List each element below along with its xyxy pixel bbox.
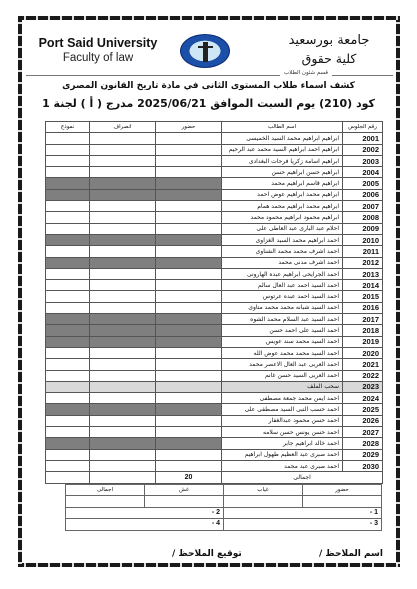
- seat-number: 2017: [343, 314, 383, 325]
- attendance-cell: [156, 393, 222, 404]
- table-row: 2006ابراهيم محمد ابراهيم عوض احمد: [46, 189, 383, 200]
- seat-number: 2014: [343, 280, 383, 291]
- departure-cell: [90, 347, 156, 358]
- departure-cell: [90, 189, 156, 200]
- form-cell: [46, 257, 90, 268]
- attendance-cell: [156, 325, 222, 336]
- form-cell: [46, 178, 90, 189]
- table-row: 2028احمد خالد ابراهيم جابر: [46, 438, 383, 449]
- seat-number: 2003: [343, 155, 383, 166]
- seat-number: 2015: [343, 291, 383, 302]
- departure-cell: [90, 155, 156, 166]
- form-cell: [46, 359, 90, 370]
- attendance-cell: [156, 460, 222, 471]
- summary-item-1: 1 -: [224, 507, 382, 519]
- attendance-cell: [156, 438, 222, 449]
- table-row: 2007ابراهيم محمد ابراهيم محمد همام: [46, 201, 383, 212]
- table-row: 2008ابراهيم محمود ابراهيم محمود محمد: [46, 212, 383, 223]
- form-cell: [46, 155, 90, 166]
- student-name: احمد ابراهيم محمد السيد الغزاوى: [222, 234, 343, 245]
- observer-signature-label: توقيع الملاحظ /: [172, 549, 242, 559]
- attendance-cell: [156, 404, 222, 415]
- attendance-cell: [156, 381, 222, 392]
- faculty-name-en: Faculty of law: [33, 52, 163, 64]
- form-cell: [46, 415, 90, 426]
- form-cell: [46, 212, 90, 223]
- table-row: 2015احمد السيد احمد عبده عرتوس: [46, 291, 383, 302]
- document-subtitle: كود (210) يوم السبت الموافق 2025/06/21 م…: [0, 97, 417, 110]
- attendance-cell: [156, 167, 222, 178]
- student-name: احمد صبرى عبد محمد: [222, 460, 343, 471]
- attendance-cell: [156, 268, 222, 279]
- attendance-cell: [156, 370, 222, 381]
- summary-header-row: حضور غياب غش اجمالى: [66, 485, 382, 496]
- attendance-cell: [156, 291, 222, 302]
- student-name: احمد ايمن محمد جمعة مصطفى: [222, 393, 343, 404]
- departure-cell: [90, 381, 156, 392]
- form-cell: [46, 268, 90, 279]
- student-name: احمد خالد ابراهيم جابر: [222, 438, 343, 449]
- summary-row: 1 - 2 -: [66, 507, 382, 519]
- attendance-cell: [156, 359, 222, 370]
- seat-number: 2025: [343, 404, 383, 415]
- total-departure-cell: [90, 472, 156, 483]
- attendance-cell: [156, 178, 222, 189]
- form-cell: [46, 223, 90, 234]
- table-header-row: رقم الجلوس اسم الطالب حضور انصراف نموذج: [46, 122, 383, 133]
- student-name: ابراهيم محمد ابراهيم عوض احمد: [222, 189, 343, 200]
- attendance-cell: [156, 144, 222, 155]
- seat-number: 2030: [343, 460, 383, 471]
- student-name: ابراهيم ابراهيم محمد السيد الخميسى: [222, 133, 343, 144]
- departure-cell: [90, 449, 156, 460]
- form-cell: [46, 144, 90, 155]
- departure-cell: [90, 223, 156, 234]
- departure-cell: [90, 336, 156, 347]
- table-row: 2012احمد اشرف مدنى محمد: [46, 257, 383, 268]
- form-cell: [46, 201, 90, 212]
- departure-cell: [90, 460, 156, 471]
- student-name: ابراهيم محمود ابراهيم محمود محمد: [222, 212, 343, 223]
- header-english: Port Said University Faculty of law: [33, 36, 163, 64]
- seat-number: 2011: [343, 246, 383, 257]
- departure-cell: [90, 427, 156, 438]
- table-row: 2001ابراهيم ابراهيم محمد السيد الخميسى: [46, 133, 383, 144]
- student-name: ابراهيم محمد ابراهيم محمد همام: [222, 201, 343, 212]
- attendance-cell: [156, 223, 222, 234]
- attendance-cell: [156, 280, 222, 291]
- department-label: قسم شئون الطلاب: [280, 70, 332, 76]
- form-cell: [46, 302, 90, 313]
- column-header-departure: انصراف: [90, 122, 156, 133]
- departure-cell: [90, 246, 156, 257]
- seat-number: 2009: [343, 223, 383, 234]
- table-row: 2003ابراهيم اسامة زكريا فرحات البغدادى: [46, 155, 383, 166]
- form-cell: [46, 314, 90, 325]
- table-row: 2021احمد العربى عبد العال الاعصر محمد: [46, 359, 383, 370]
- university-name-en: Port Said University: [33, 36, 163, 50]
- summary-row: 3 - 4 -: [66, 519, 382, 531]
- students-table: رقم الجلوس اسم الطالب حضور انصراف نموذج …: [45, 121, 383, 484]
- student-name: احمد السيد احمد عبده عرتوس: [222, 291, 343, 302]
- document-title: كشف اسماء طلاب المستوى الثانى في مادة تا…: [0, 81, 417, 91]
- column-header-attendance: حضور: [156, 122, 222, 133]
- attendance-cell: [156, 336, 222, 347]
- column-header-seat: رقم الجلوس: [343, 122, 383, 133]
- departure-cell: [90, 302, 156, 313]
- form-cell: [46, 381, 90, 392]
- table-row: 2025احمد حسب النبى السيد مصطفى على: [46, 404, 383, 415]
- attendance-cell: [156, 201, 222, 212]
- attendance-cell: [156, 314, 222, 325]
- total-row: اجمالى 20: [46, 472, 383, 483]
- student-name: احمد السيد على احمد حسن: [222, 325, 343, 336]
- departure-cell: [90, 393, 156, 404]
- student-name: ابراهيم احمد ابراهيم السيد محمد عبد الرح…: [222, 144, 343, 155]
- form-cell: [46, 404, 90, 415]
- form-cell: [46, 167, 90, 178]
- summary-header-cheating: غش: [145, 485, 224, 496]
- departure-cell: [90, 291, 156, 302]
- departure-cell: [90, 280, 156, 291]
- seat-number: 2002: [343, 144, 383, 155]
- total-label: اجمالى: [222, 472, 383, 483]
- seat-number: 2021: [343, 359, 383, 370]
- table-row: 2026احمد حسن محمود عبدالغفار: [46, 415, 383, 426]
- student-name: احمد السيد شبانه محمد محمد متاوى: [222, 302, 343, 313]
- form-cell: [46, 393, 90, 404]
- departure-cell: [90, 438, 156, 449]
- seat-number: 2008: [343, 212, 383, 223]
- table-row: 2019احمد السيد محمد سند عويس: [46, 336, 383, 347]
- departure-cell: [90, 268, 156, 279]
- seat-number: 2024: [343, 393, 383, 404]
- summary-total-value: [66, 496, 145, 508]
- attendance-cell: [156, 427, 222, 438]
- student-name: سحب الملف: [222, 381, 343, 392]
- seat-number: 2019: [343, 336, 383, 347]
- departure-cell: [90, 359, 156, 370]
- student-name: ابراهيم حسن ابراهيم حسن: [222, 167, 343, 178]
- student-name: ابراهيم قاسم ابراهيم محمد: [222, 178, 343, 189]
- summary-header-absent: غياب: [224, 485, 303, 496]
- student-name: احمد العربى عبد العال الاعصر محمد: [222, 359, 343, 370]
- form-cell: [46, 189, 90, 200]
- seat-number: 2012: [343, 257, 383, 268]
- departure-cell: [90, 178, 156, 189]
- attendance-cell: [156, 347, 222, 358]
- form-cell: [46, 347, 90, 358]
- student-name: احمد حسب النبى السيد مصطفى على: [222, 404, 343, 415]
- departure-cell: [90, 212, 156, 223]
- student-name: ابراهيم اسامة زكريا فرحات البغدادى: [222, 155, 343, 166]
- summary-item-2: 2 -: [66, 507, 224, 519]
- university-name-ar: جامعة بورسعيد: [274, 33, 384, 48]
- seat-number: 2005: [343, 178, 383, 189]
- form-cell: [46, 460, 90, 471]
- departure-cell: [90, 257, 156, 268]
- table-row: 2013احمد الجرايحى ابراهيم عبده الهارونى: [46, 268, 383, 279]
- form-cell: [46, 280, 90, 291]
- total-form-cell: [46, 472, 90, 483]
- table-row: 2011احمد اشرف محمد محمد الشناوى: [46, 246, 383, 257]
- form-cell: [46, 291, 90, 302]
- table-row: 2014احمد السيد احمد عبد العال سالم: [46, 280, 383, 291]
- departure-cell: [90, 144, 156, 155]
- table-row: 2024احمد ايمن محمد جمعة مصطفى: [46, 393, 383, 404]
- university-logo-icon: [180, 34, 230, 68]
- summary-header-present: حضور: [303, 485, 382, 496]
- attendance-cell: [156, 234, 222, 245]
- seat-number: 2018: [343, 325, 383, 336]
- seat-number: 2007: [343, 201, 383, 212]
- lighthouse-icon: [203, 42, 208, 62]
- attendance-cell: [156, 189, 222, 200]
- seat-number: 2023: [343, 381, 383, 392]
- table-row: 2017احمد السيد عبد السلام محمد الشوه: [46, 314, 383, 325]
- seat-number: 2013: [343, 268, 383, 279]
- table-row: 2020احمد السيد محمد محمد عوض الله: [46, 347, 383, 358]
- table-row: 2005ابراهيم قاسم ابراهيم محمد: [46, 178, 383, 189]
- seat-number: 2028: [343, 438, 383, 449]
- seat-number: 2006: [343, 189, 383, 200]
- student-name: احمد الجرايحى ابراهيم عبده الهارونى: [222, 268, 343, 279]
- student-name: احمد اشرف محمد محمد الشناوى: [222, 246, 343, 257]
- attendance-cell: [156, 415, 222, 426]
- departure-cell: [90, 201, 156, 212]
- attendance-cell: [156, 257, 222, 268]
- seat-number: 2029: [343, 449, 383, 460]
- faculty-name-ar: كلية حقوق: [274, 51, 384, 66]
- table-row: 2009احلام عبد البارى عبد العاطى على: [46, 223, 383, 234]
- form-cell: [46, 325, 90, 336]
- attendance-cell: [156, 155, 222, 166]
- seat-number: 2027: [343, 427, 383, 438]
- total-attendance: 20: [156, 472, 222, 483]
- table-row: 2002ابراهيم احمد ابراهيم السيد محمد عبد …: [46, 144, 383, 155]
- seat-number: 2004: [343, 167, 383, 178]
- form-cell: [46, 370, 90, 381]
- form-cell: [46, 427, 90, 438]
- summary-item-4: 4 -: [66, 519, 224, 531]
- form-cell: [46, 438, 90, 449]
- attendance-cell: [156, 302, 222, 313]
- table-row: 2022احمد العربى السيد حسن غانم: [46, 370, 383, 381]
- table-row: 2018احمد السيد على احمد حسن: [46, 325, 383, 336]
- departure-cell: [90, 234, 156, 245]
- departure-cell: [90, 415, 156, 426]
- table-row: 2016احمد السيد شبانه محمد محمد متاوى: [46, 302, 383, 313]
- summary-cheating-value: [145, 496, 224, 508]
- form-cell: [46, 449, 90, 460]
- departure-cell: [90, 167, 156, 178]
- attendance-cell: [156, 449, 222, 460]
- departure-cell: [90, 325, 156, 336]
- attendance-cell: [156, 133, 222, 144]
- attendance-cell: [156, 212, 222, 223]
- seat-number: 2020: [343, 347, 383, 358]
- summary-values-row: [66, 496, 382, 508]
- summary-absent-value: [224, 496, 303, 508]
- student-name: احمد حسن محمود عبدالغفار: [222, 415, 343, 426]
- form-cell: [46, 133, 90, 144]
- seat-number: 2022: [343, 370, 383, 381]
- form-cell: [46, 234, 90, 245]
- table-row: 2004ابراهيم حسن ابراهيم حسن: [46, 167, 383, 178]
- table-row: 2029احمد صبرى عبد العظيم طهول ابراهيم: [46, 449, 383, 460]
- student-name: احمد السيد احمد عبد العال سالم: [222, 280, 343, 291]
- summary-item-3: 3 -: [224, 519, 382, 531]
- summary-present-value: [303, 496, 382, 508]
- table-row: 2030احمد صبرى عبد محمد: [46, 460, 383, 471]
- student-name: احمد اشرف مدنى محمد: [222, 257, 343, 268]
- seat-number: 2001: [343, 133, 383, 144]
- departure-cell: [90, 133, 156, 144]
- student-name: احمد صبرى عبد العظيم طهول ابراهيم: [222, 449, 343, 460]
- seat-number: 2016: [343, 302, 383, 313]
- student-name: احلام عبد البارى عبد العاطى على: [222, 223, 343, 234]
- form-cell: [46, 246, 90, 257]
- header-arabic: جامعة بورسعيد كلية حقوق: [274, 33, 384, 66]
- column-header-form: نموذج: [46, 122, 90, 133]
- table-row: 2010احمد ابراهيم محمد السيد الغزاوى: [46, 234, 383, 245]
- summary-header-total: اجمالى: [66, 485, 145, 496]
- student-name: احمد حسن يونس حسن سلامه: [222, 427, 343, 438]
- observer-name-label: اسم الملاحظ /: [319, 549, 383, 559]
- table-row: 2023سحب الملف: [46, 381, 383, 392]
- student-name: احمد السيد عبد السلام محمد الشوه: [222, 314, 343, 325]
- seat-number: 2026: [343, 415, 383, 426]
- departure-cell: [90, 404, 156, 415]
- header-divider: [26, 75, 393, 76]
- form-cell: [46, 336, 90, 347]
- student-name: احمد السيد محمد محمد عوض الله: [222, 347, 343, 358]
- seat-number: 2010: [343, 234, 383, 245]
- departure-cell: [90, 370, 156, 381]
- column-header-name: اسم الطالب: [222, 122, 343, 133]
- student-name: احمد العربى السيد حسن غانم: [222, 370, 343, 381]
- attendance-cell: [156, 246, 222, 257]
- summary-table: حضور غياب غش اجمالى 1 - 2 - 3 - 4 -: [65, 484, 382, 531]
- student-name: احمد السيد محمد سند عويس: [222, 336, 343, 347]
- departure-cell: [90, 314, 156, 325]
- table-row: 2027احمد حسن يونس حسن سلامه: [46, 427, 383, 438]
